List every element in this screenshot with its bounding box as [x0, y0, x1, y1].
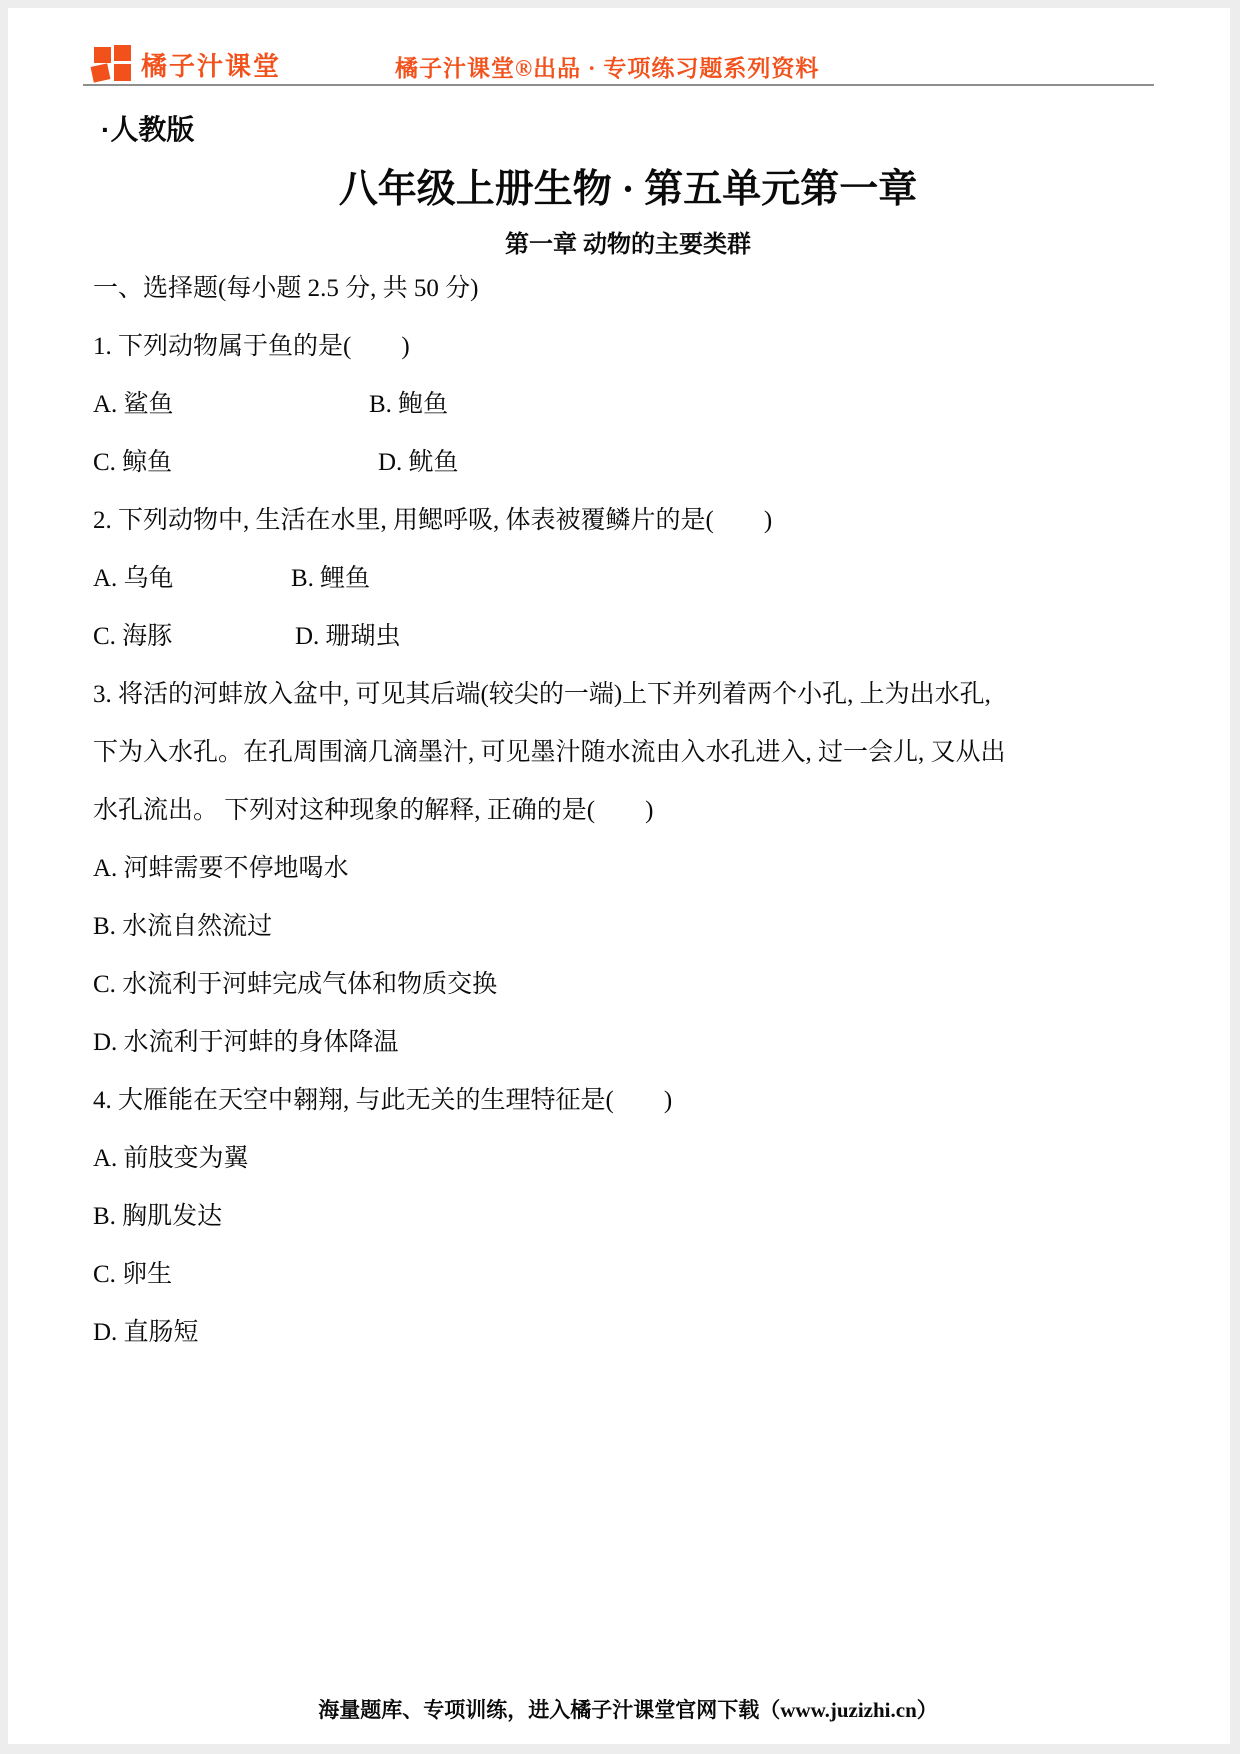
option-1d: D. 鱿鱼: [378, 434, 459, 492]
logo-square: [94, 47, 111, 63]
footer-note: 海量题库、专项训练，进入橘子汁课堂官网下载（www.juzizhi.cn）: [8, 1694, 1240, 1724]
option-2b: B. 鲤鱼: [291, 550, 370, 608]
option-2d: D. 珊瑚虫: [295, 608, 401, 666]
worksheet-page: 橘子汁课堂 橘子汁课堂®出品 · 专项练习题系列资料 ·人教版 八年级上册生物 …: [8, 8, 1230, 1744]
option-4b: B. 胸肌发达: [93, 1188, 1168, 1246]
four-squares-icon: [93, 44, 133, 84]
question-3-text-line-3: 水孔流出。 下列对这种现象的解释, 正确的是( ): [93, 782, 1168, 840]
option-1c: C. 鲸鱼: [93, 434, 378, 492]
question-1-options-row-1: A. 鲨鱼B. 鲍鱼: [93, 376, 1168, 434]
section-heading: 一、选择题(每小题 2.5 分, 共 50 分): [93, 260, 1168, 318]
edition-label: ·人教版: [101, 108, 194, 148]
header-divider: [83, 84, 1154, 86]
logo-square: [114, 45, 131, 61]
header-slogan: 橘子汁课堂®出品 · 专项练习题系列资料: [395, 50, 819, 83]
option-1a: A. 鲨鱼: [93, 376, 369, 434]
question-4-text: 4. 大雁能在天空中翱翔, 与此无关的生理特征是( ): [93, 1072, 1168, 1130]
option-2a: A. 乌龟: [93, 550, 291, 608]
option-3a: A. 河蚌需要不停地喝水: [93, 840, 1168, 898]
page-subtitle: 第一章 动物的主要类群: [8, 224, 1240, 259]
brand-name: 橘子汁课堂: [141, 46, 281, 83]
page-title: 八年级上册生物 · 第五单元第一章: [8, 158, 1240, 214]
logo-square: [91, 63, 111, 82]
option-3d: D. 水流利于河蚌的身体降温: [93, 1014, 1168, 1072]
question-2-text: 2. 下列动物中, 生活在水里, 用鳃呼吸, 体表被覆鳞片的是( ): [93, 492, 1168, 550]
option-2c: C. 海豚: [93, 608, 295, 666]
question-3-text-line-1: 3. 将活的河蚌放入盆中, 可见其后端(较尖的一端)上下并列着两个小孔, 上为出…: [93, 666, 1168, 724]
brand: 橘子汁课堂: [93, 44, 281, 84]
option-3b: B. 水流自然流过: [93, 898, 1168, 956]
question-3-text-line-2: 下为入水孔。在孔周围滴几滴墨汁, 可见墨汁随水流由入水孔进入, 过一会儿, 又从…: [93, 724, 1168, 782]
question-1-text: 1. 下列动物属于鱼的是( ): [93, 318, 1168, 376]
question-2-options-row-1: A. 乌龟B. 鲤鱼: [93, 550, 1168, 608]
option-1b: B. 鲍鱼: [369, 376, 448, 434]
option-3c: C. 水流利于河蚌完成气体和物质交换: [93, 956, 1168, 1014]
option-4d: D. 直肠短: [93, 1304, 1168, 1362]
option-4a: A. 前肢变为翼: [93, 1130, 1168, 1188]
question-1-options-row-2: C. 鲸鱼D. 鱿鱼: [93, 434, 1168, 492]
logo-square: [114, 64, 131, 81]
question-list: 一、选择题(每小题 2.5 分, 共 50 分) 1. 下列动物属于鱼的是( )…: [93, 260, 1168, 1362]
option-4c: C. 卵生: [93, 1246, 1168, 1304]
question-2-options-row-2: C. 海豚D. 珊瑚虫: [93, 608, 1168, 666]
